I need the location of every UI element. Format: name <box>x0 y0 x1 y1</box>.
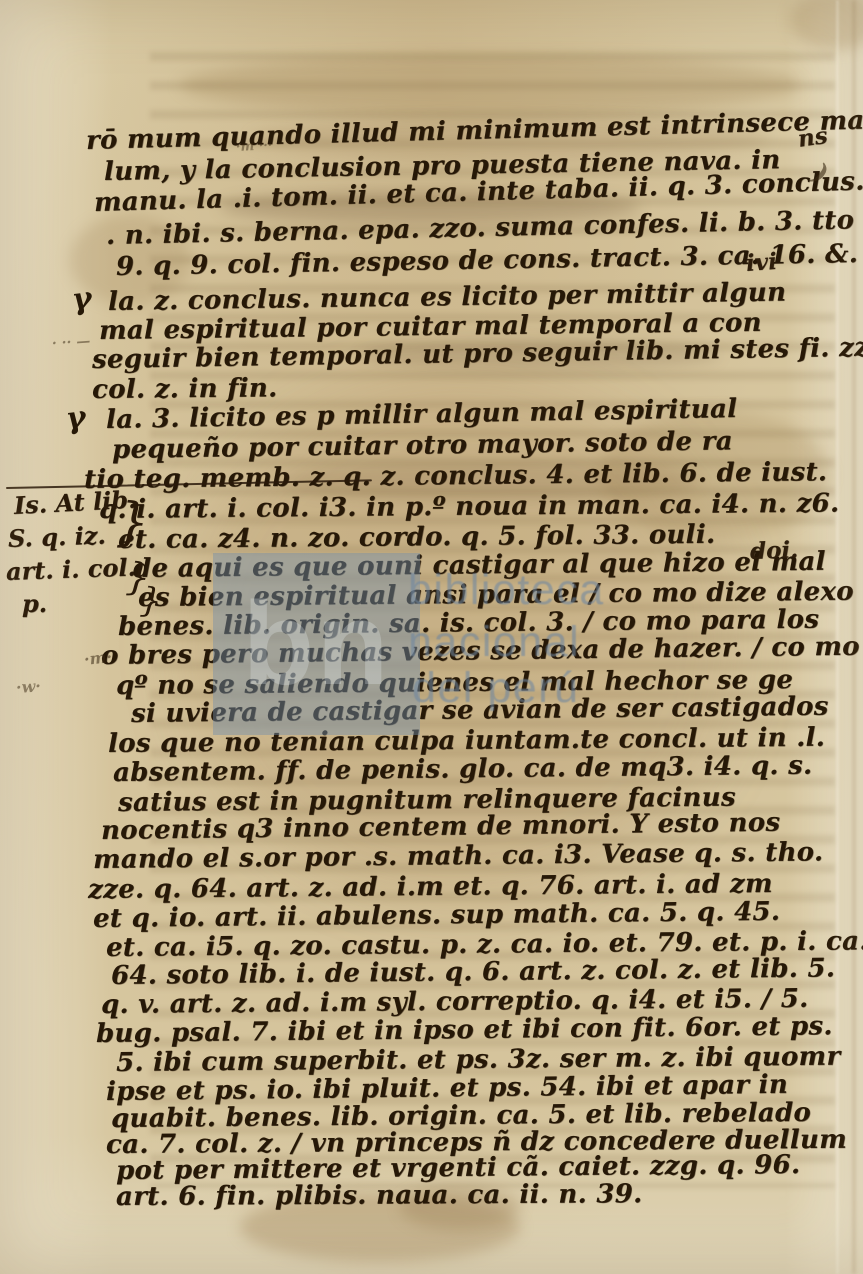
manuscript-page-scan: rō mum quando illud mi minimum est intri… <box>0 0 863 1274</box>
library-watermark-text: nacional <box>408 618 580 667</box>
library-watermark-logo-letters: bn <box>242 576 390 712</box>
library-watermark-text: biblioteca <box>408 566 605 615</box>
library-watermark-text: del perú <box>412 664 579 713</box>
watermark-layer: bn bibliotecanacionaldel perú <box>0 0 863 1274</box>
library-watermark-logo-square: bn <box>213 553 420 735</box>
